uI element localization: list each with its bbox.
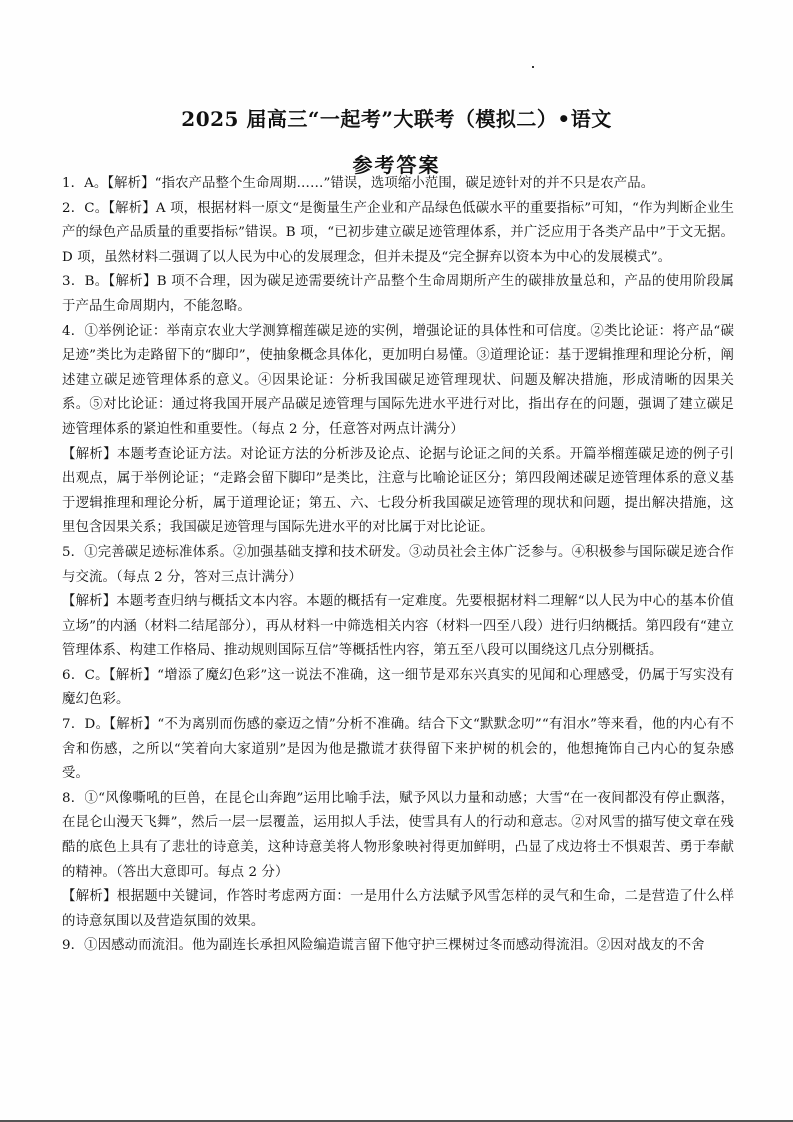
answer-8-analysis: 【解析】根据题中关键词，作答时考虑两方面：一是用什么方法赋予风雪怎样的灵气和生命… — [62, 885, 734, 934]
answer-4: 4．①举例论证：举南京农业大学测算榴莲碳足迹的实例，增强论证的具体性和可信度。②… — [62, 320, 734, 443]
answer-6: 6．C。【解析】“增添了魔幻色彩”这一说法不准确，这一细节是邓东兴真实的见闻和心… — [62, 664, 734, 713]
answer-4-analysis: 【解析】本题考查论证方法。对论证方法的分析涉及论点、论据与论证之间的关系。开篇举… — [62, 443, 734, 541]
answer-5: 5．①完善碳足迹标准体系。②加强基础支撑和技术研发。③动员社会主体广泛参与。④积… — [62, 541, 734, 590]
answer-7: 7．D。【解析】“不为离别而伤感的豪迈之情”分析不准确。结合下文“默默念叨”“有… — [62, 713, 734, 787]
answer-1: 1．A。【解析】“指农产品整个生命周期……”错误，选项缩小范围，碳足迹针对的并不… — [62, 172, 734, 197]
answer-8: 8．①“风像嘶吼的巨兽，在昆仑山奔跑”运用比喻手法，赋予风以力量和动感；大雪“在… — [62, 787, 734, 885]
answer-3: 3．B。【解析】B 项不合理，因为碳足迹需要统计产品整个生命周期所产生的碳排放量… — [62, 270, 734, 319]
document-title: 2025 届高三“一起考”大联考（模拟二）•语文 — [0, 103, 793, 132]
answer-content: 1．A。【解析】“指农产品整个生命周期……”错误，选项缩小范围，碳足迹针对的并不… — [62, 172, 734, 959]
answer-5-analysis: 【解析】本题考查归纳与概括文本内容。本题的概括有一定难度。先要根据材料二理解“以… — [62, 590, 734, 664]
answer-2: 2．C。【解析】A 项，根据材料一原文“是衡量生产企业和产品绿色低碳水平的重要指… — [62, 197, 734, 271]
answer-9: 9．①因感动而流泪。他为副连长承担风险编造谎言留下他守护三棵树过冬而感动得流泪。… — [62, 934, 734, 959]
stray-dot-mark — [532, 66, 534, 68]
